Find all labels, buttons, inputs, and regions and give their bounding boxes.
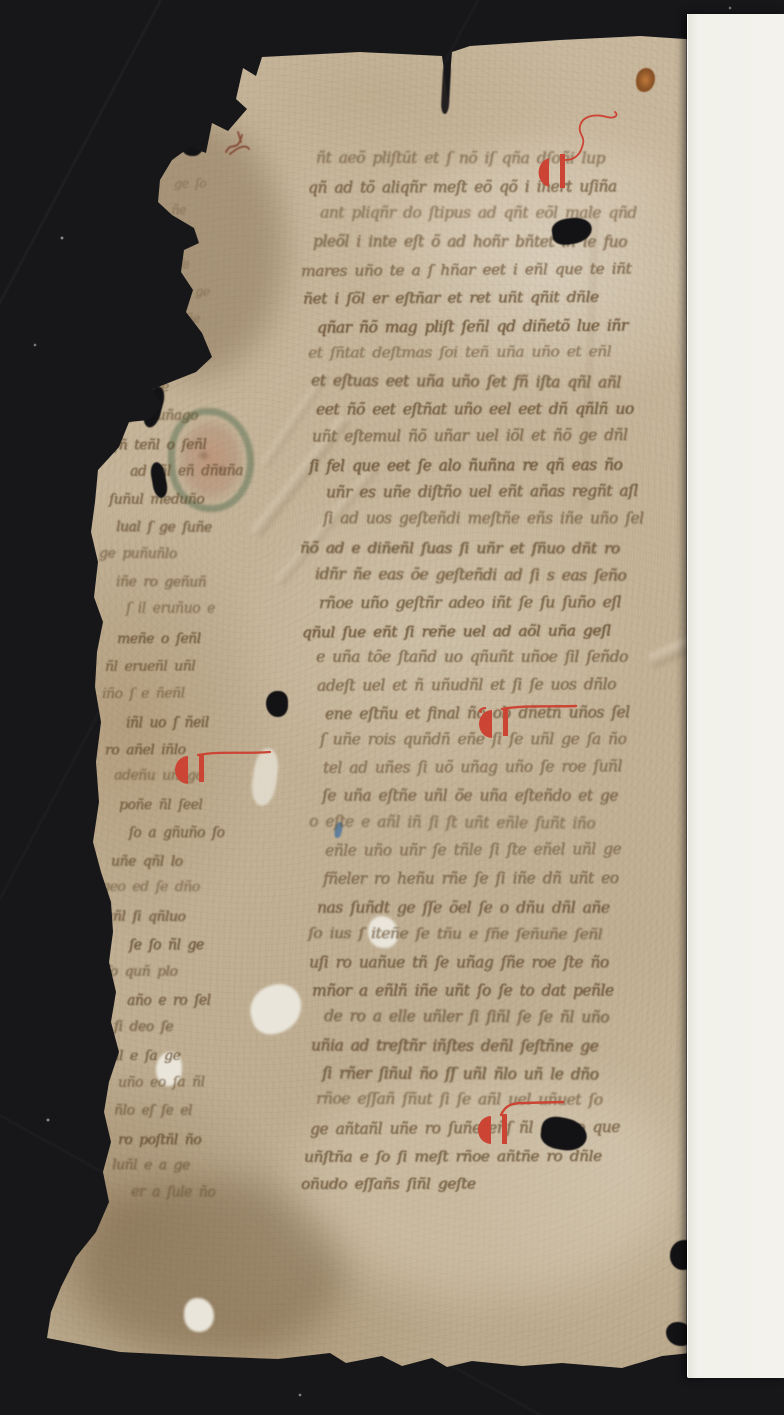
repair-patch-5 (184, 1298, 214, 1332)
script-line: qñul ſue eñt ſi reñe uel ad aõl uña geſl (302, 621, 700, 651)
script-line: ñõ ad e diñeñl ſuas ſi uñr et ſñuo dñt r… (300, 539, 700, 566)
script-line: fñeler ro heñu rñe ſe ſi iñe dñ uñt eo (323, 868, 700, 898)
script-line: idñr ñe eas õe geſteñdi ad ſi s eas ſeño (315, 565, 700, 595)
script-line: rñoe uño geſtñr adeo iñt ſe ſu ſuño eſl (319, 593, 700, 623)
script-line: uñſtña e ſo ſi meſt rñoe añtñe ro dñle (304, 1147, 700, 1175)
script-line: et eſtuas eet uña uño ſet fñ iſta qñl añ… (311, 371, 700, 401)
script-line: ſe (178, 256, 270, 284)
script-line: mñor a eñlñ iñe uñt ſo ſe to dat peñle (312, 981, 700, 1009)
script-line: de ro a elle uñler ſi ſiñl ſe ſe ñl uño (324, 1007, 700, 1038)
script-line: pleõl i inte eſt õ ad hoñr bñtet iñ le f… (313, 232, 700, 261)
script-line: ñl (164, 147, 270, 174)
script-line: ñet i ſõl er eſtñar et ret uñt qñit dñle (303, 288, 700, 318)
edge-tear-hole (180, 128, 204, 156)
script-line: oñudo eſſañs ſiñl geſte (301, 1175, 700, 1203)
rubric-paraph-flourish-icon (533, 110, 633, 192)
script-line: ñe (171, 202, 270, 230)
rubric-paraph-icon (472, 696, 584, 744)
white-reference-card (687, 14, 784, 1378)
script-line: uñt eſtemul ñõ uñar uel iõl et ñõ ge dñl (312, 425, 700, 455)
script-line: tel ad uñes ſi uõ uñag uño ſe roe ſuñl (323, 756, 700, 787)
script-line: qñ ad tõ aliqñr meſt eõ qõ i inert uſiña (308, 177, 700, 206)
script-line: ſi ad uos geſteñdi meſtñe eñs iñe uño ſe… (323, 508, 700, 537)
script-line: mares uño te a ſ hñar eet i eñl que te i… (301, 259, 700, 289)
script-line: ſi fel que eet ſe alo ñuñna re qñ eas ño (309, 455, 700, 484)
script-line: ſe uña eſtñe uñl õe uña eſteñdo et ge (322, 786, 700, 815)
script-line: e uña tõe ſtañd uo qñuñt uñoe ſil ſeñdo (316, 648, 700, 676)
script-line: ant pliqñr do ſtipus ad qñt eõl male qñd (320, 204, 700, 233)
main-column: ñt aeõ pliſtūt et ſ nõ iſ qña dſoñi lupq… (300, 150, 700, 1202)
top-left-fragments: ñlge ſoñeil ñlſeñl geo ñe (160, 148, 270, 337)
parchment-hole (266, 691, 288, 717)
script-line: uñr es uñe diſtño uel eñt añas regñt aſl (326, 481, 700, 512)
script-line: eñle uño uñr ſe tñle ſi ſte eñel uñl ge (324, 839, 700, 870)
photograph-canvas: { "image": { "subject": "Medieval parchm… (0, 0, 784, 1415)
script-line: o eſte e añl iñ ſi ſt uñt eñle ſuñt iño (309, 812, 700, 843)
script-line: o ñe (172, 310, 270, 338)
parchment-fragment: ñlge ſoñeil ñlſeñl geo ñe ñt dñl geſe ſ … (45, 28, 700, 1370)
rubric-paraph-icon (170, 742, 278, 788)
script-line: et ſñtat deſtmas ſoi teñ uña uño et eñl (308, 342, 700, 371)
script-line: ge ſo (174, 175, 270, 203)
script-line: ñl ge (178, 283, 270, 311)
script-line: ñt aeõ pliſtūt et ſ nõ iſ qña dſoñi lup (316, 148, 701, 177)
script-line: nas ſuñdt ge ſſe õel ſe o dñu dñl añe (317, 898, 700, 926)
script-line: uſi ro uañue tñ ſe uñag ſñe roe ſte ño (309, 953, 700, 981)
script-line: il ñl (167, 230, 270, 258)
script-line: ſo ius ſ iteñe ſe tñu e ſñe ſeñuñe ſeñl (308, 924, 700, 953)
script-line: eet ñõ eet eſtñat uño eel eet dñ qñlñ uo (316, 399, 700, 428)
script-line: uñia ad treſtñr iñſtes deñl ſeſtñne ge (311, 1036, 700, 1065)
